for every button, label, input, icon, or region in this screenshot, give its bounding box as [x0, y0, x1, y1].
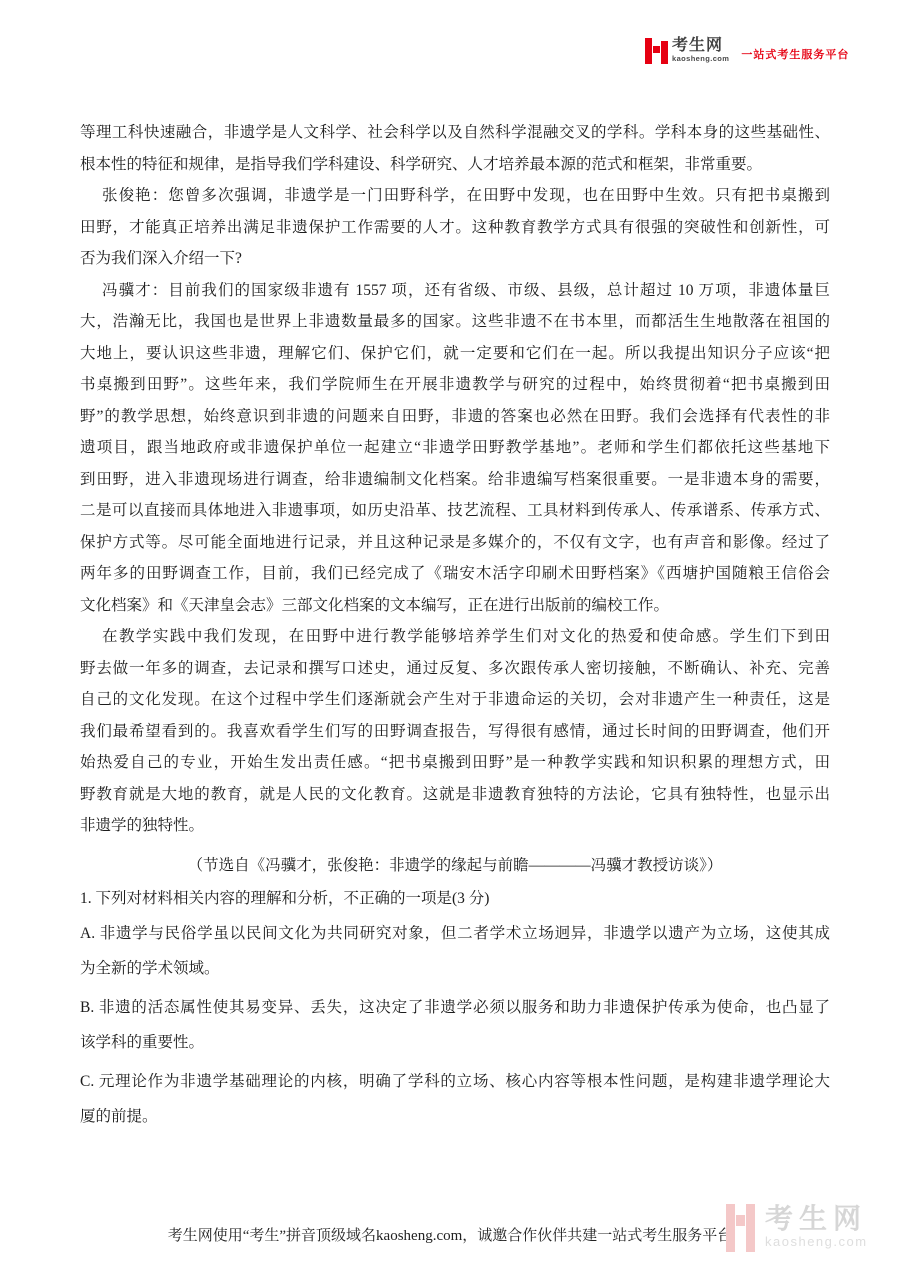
- option-line: A. 非遗学与民俗学虽以民间文化为共同研究对象，但二者学术立场迥异，非遗学以遗产…: [80, 916, 830, 951]
- text-line: 野教育就是大地的教育，就是人民的文化教育。这就是非遗教育独特的方法论，它具有独特…: [80, 779, 830, 811]
- watermark-logo-icon: [726, 1204, 755, 1252]
- watermark-bar-right: [746, 1204, 755, 1252]
- logo-bar-right: [661, 41, 668, 64]
- question-options: A. 非遗学与民俗学虽以民间文化为共同研究对象，但二者学术立场迥异，非遗学以遗产…: [80, 916, 830, 1134]
- passage: 等理工科快速融合，非遗学是人文科学、社会科学以及自然科学混融交叉的学科。学科本身…: [80, 117, 830, 842]
- logo-bar-left: [645, 38, 652, 64]
- text-line: 在教学实践中我们发现，在田野中进行教学能够培养学生们对文化的热爱和使命感。学生们…: [80, 621, 830, 653]
- text-line: 大，浩瀚无比，我国也是世界上非遗数量最多的国家。这些非遗不在书本里，而都活生生地…: [80, 306, 830, 338]
- text-line: 保护方式等。尽可能全面地进行记录，并且这种记录是多媒介的，不仅有文字，也有声音和…: [80, 527, 830, 559]
- option-line: 该学科的重要性。: [80, 1025, 830, 1060]
- text-line: 否为我们深入介绍一下?: [80, 243, 830, 275]
- watermark-logo: 考生网 kaosheng.com: [726, 1204, 868, 1252]
- brand-name: 考生网: [672, 37, 729, 55]
- text-line: 书桌搬到田野”。这些年来，我们学院师生在开展非遗教学与研究的过程中，始终贯彻着“…: [80, 369, 830, 401]
- text-line: 始热爱自己的专业，开始生发出责任感。“把书桌搬到田野”是一种教学实践和知识积累的…: [80, 747, 830, 779]
- text-line: 非遗学的独特性。: [80, 810, 830, 842]
- watermark-text: 考生网 kaosheng.com: [765, 1204, 868, 1250]
- question-stem: 1. 下列对材料相关内容的理解和分析，不正确的一项是(3 分): [80, 881, 830, 916]
- kaosheng-logo-icon: [645, 38, 668, 64]
- option-B: B. 非遗的活态属性使其易变异、丢失，这决定了非遗学必须以服务和助力非遗保护传承…: [80, 990, 830, 1060]
- text-line: 根本性的特征和规律，是指导我们学科建设、科学研究、人才培养最本源的范式和框架，非…: [80, 149, 830, 181]
- text-line: 我们最希望看到的。我喜欢看学生们写的田野调查报告，写得很有感情，通过长时间的田野…: [80, 716, 830, 748]
- text-line: 到田野，进入非遗现场进行调查，给非遗编制文化档案。给非遗编写档案很重要。一是非遗…: [80, 464, 830, 496]
- option-line: C. 元理论作为非遗学基础理论的内核，明确了学科的立场、核心内容等根本性问题，是…: [80, 1064, 830, 1099]
- option-line: 厦的前提。: [80, 1099, 830, 1134]
- text-line: 遗项目，跟当地政府或非遗保护单位一起建立“非遗学田野教学基地”。老师和学生们都依…: [80, 432, 830, 464]
- text-line: 野去做一年多的调查，去记录和撰写口述史，通过反复、多次跟传承人密切接触，不断确认…: [80, 653, 830, 685]
- option-line: B. 非遗的活态属性使其易变异、丢失，这决定了非遗学必须以服务和助力非遗保护传承…: [80, 990, 830, 1025]
- brand-domain: kaosheng.com: [672, 55, 729, 63]
- text-line: 田野，才能真正培养出满足非遗保护工作需要的人才。这种教育教学方式具有很强的突破性…: [80, 212, 830, 244]
- option-A: A. 非遗学与民俗学虽以民间文化为共同研究对象，但二者学术立场迥异，非遗学以遗产…: [80, 916, 830, 986]
- text-line: 文化档案》和《天津皇会志》三部文化档案的文本编写，正在进行出版前的编校工作。: [80, 590, 830, 622]
- text-line: 自己的文化发现。在这个过程中学生们逐渐就会产生对于非遗命运的关切，会对非遗产生一…: [80, 684, 830, 716]
- text-line: 野”的教学思想，始终意识到非遗的问题来自田野，非遗的答案也必然在田野。我们会选择…: [80, 401, 830, 433]
- text-line: 大地上，要认识这些非遗，理解它们、保护它们，就一定要和它们在一起。所以我提出知识…: [80, 338, 830, 370]
- watermark-domain: kaosheng.com: [765, 1234, 868, 1250]
- document-page: 考生网 kaosheng.com 一站式考生服务平台 等理工科快速融合，非遗学是…: [0, 0, 900, 1273]
- option-line: 为全新的学术领域。: [80, 951, 830, 986]
- text-line: 冯骥才：目前我们的国家级非遗有 1557 项，还有省级、市级、县级，总计超过 1…: [80, 275, 830, 307]
- option-C: C. 元理论作为非遗学基础理论的内核，明确了学科的立场、核心内容等根本性问题，是…: [80, 1064, 830, 1134]
- text-line: 等理工科快速融合，非遗学是人文科学、社会科学以及自然科学混融交叉的学科。学科本身…: [80, 117, 830, 149]
- text-line: 张俊艳：您曾多次强调，非遗学是一门田野科学，在田野中发现，也在田野中生效。只有把…: [80, 180, 830, 212]
- watermark-brand-name: 考生网: [765, 1204, 868, 1234]
- document-body: 等理工科快速融合，非遗学是人文科学、社会科学以及自然科学混融交叉的学科。学科本身…: [80, 117, 830, 1134]
- logo-square: [653, 46, 660, 53]
- watermark-bar-left: [726, 1204, 735, 1252]
- text-line: 二是可以直接而具体地进入非遗事项，如历史沿革、技艺流程、工具材料到传承人、传承谱…: [80, 495, 830, 527]
- watermark-square: [736, 1215, 745, 1226]
- brand-tagline: 一站式考生服务平台: [741, 46, 849, 62]
- citation-line: （节选自《冯骥才，张俊艳：非遗学的缘起与前瞻————冯骥才教授访谈》）: [80, 850, 830, 882]
- logo-text: 考生网 kaosheng.com: [672, 37, 729, 63]
- site-logo: 考生网 kaosheng.com 一站式考生服务平台: [645, 37, 849, 64]
- text-line: 两年多的田野调查工作，目前，我们已经完成了《瑞安木活字印刷术田野档案》《西塘护国…: [80, 558, 830, 590]
